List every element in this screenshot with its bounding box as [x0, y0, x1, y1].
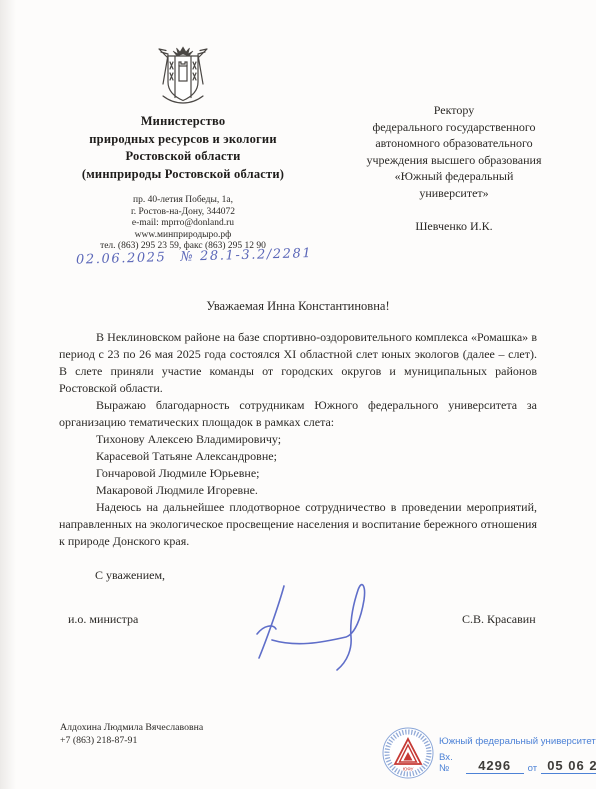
stamp-in-label: Вх. № [439, 752, 462, 774]
executor-phone: +7 (863) 218-87-91 [60, 734, 203, 747]
contact-line: www.минприродыро.рф [38, 230, 328, 242]
gratitude-name: Макаровой Людмиле Игоревне. [59, 482, 537, 499]
gratitude-names-list: Тихонову Алексею Владимировичу;Карасевой… [59, 431, 537, 499]
ministry-name-block: Министерствоприродных ресурсов и экологи… [38, 113, 328, 183]
addressee-lines: Ректоруфедерального государственногоавто… [328, 102, 580, 201]
addressee-line: учреждения высшего образования [328, 152, 580, 169]
executor-block: Алдохина Людмила Вячеславовна +7 (863) 2… [60, 721, 203, 747]
handwritten-number: № 28.1-3.2/2281 [180, 246, 312, 265]
salutation: Уважаемая Инна Константиновна! [59, 299, 537, 314]
ministry-name-line: Ростовской области [38, 148, 328, 166]
handwritten-date: 02.06.2025 [76, 250, 167, 268]
contact-line: e-mail: mprro@donland.ru [38, 218, 328, 230]
gratitude-name: Гончаровой Людмиле Юрьевне; [59, 465, 537, 482]
stamp-date: 05 06 25 [541, 759, 596, 774]
addressee-line: «Южный федеральный [328, 168, 580, 185]
contact-line: г. Ростов-на-Дону, 344072 [38, 207, 328, 219]
signer-position: и.о. министра [68, 612, 138, 627]
ministry-name-line: (минприроды Ростовской области) [38, 166, 328, 184]
paragraph-2: Выражаю благодарность сотрудникам Южного… [59, 397, 537, 431]
ministry-contacts-block: пр. 40-летия Победы, 1а,г. Ростов-на-Дон… [38, 195, 328, 253]
sfu-incoming-stamp: ЮФУ Южный федеральный университет Вх. № … [382, 727, 594, 779]
signer-name: С.В. Красавин [462, 612, 536, 627]
scanned-letter-page: Министерствоприродных ресурсов и экологи… [0, 0, 596, 789]
ministry-name-line: природных ресурсов и экологии [38, 131, 328, 149]
svg-text:ЮФУ: ЮФУ [403, 767, 414, 772]
paragraph-3: Надеюсь на дальнейшее плодотворное сотру… [59, 499, 537, 550]
sfu-logo-icon: ЮФУ [382, 727, 434, 779]
stamp-from-label: от [528, 763, 538, 774]
addressee-line: федерального государственного [328, 119, 580, 136]
addressee-line: Ректору [328, 102, 580, 119]
stamp-org-name: Южный федеральный университет [439, 736, 596, 747]
stamp-in-number: 4296 [466, 759, 524, 774]
letter-body: В Неклиновском районе на базе спортивно-… [59, 329, 537, 550]
signature-icon [238, 576, 403, 676]
ministry-name-line: Министерство [38, 113, 328, 131]
closing-phrase: С уважением, [95, 568, 165, 583]
gratitude-name: Карасевой Татьяне Александровне; [59, 448, 537, 465]
addressee-name: Шевченко И.К. [328, 218, 580, 235]
gratitude-name: Тихонову Алексею Владимировичу; [59, 431, 537, 448]
rostov-coat-of-arms-icon [154, 44, 212, 106]
addressee-block: Ректоруфедерального государственногоавто… [328, 102, 580, 235]
contact-line: пр. 40-летия Победы, 1а, [38, 195, 328, 207]
executor-name: Алдохина Людмила Вячеславовна [60, 721, 203, 734]
addressee-line: университет» [328, 185, 580, 202]
paragraph-1: В Неклиновском районе на базе спортивно-… [59, 329, 537, 397]
addressee-line: автономного образовательного [328, 135, 580, 152]
